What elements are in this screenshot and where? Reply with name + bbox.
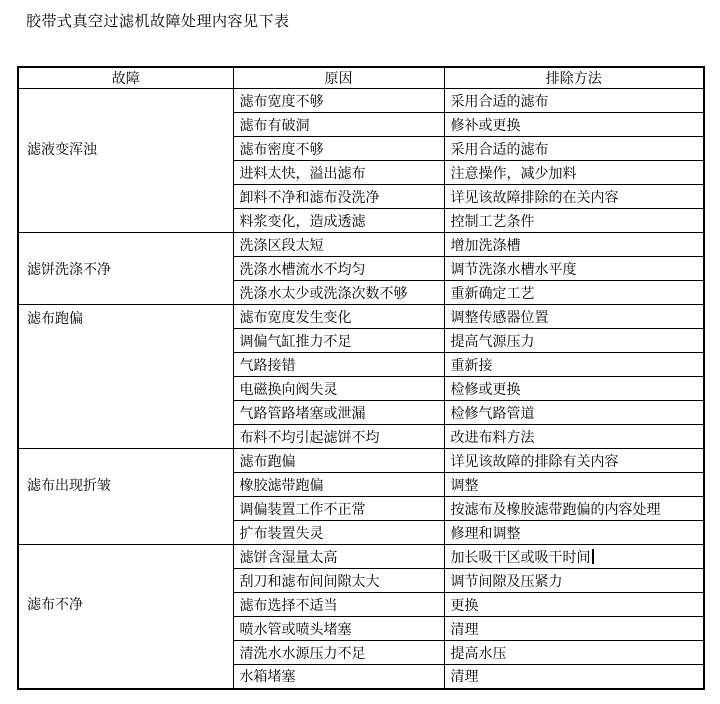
cause-cell[interactable]: 卸料不净和滤布没洗净 <box>233 185 444 209</box>
document-title[interactable]: 胶带式真空过滤机故障处理内容见下表 <box>26 10 290 31</box>
remedy-cell[interactable]: 调整传感器位置 <box>444 305 704 329</box>
remedy-cell[interactable]: 采用合适的滤布 <box>444 137 704 161</box>
remedy-cell[interactable]: 提高气源压力 <box>444 329 704 353</box>
remedy-cell[interactable]: 修补或更换 <box>444 113 704 137</box>
cause-cell[interactable]: 滤布宽度不够 <box>233 89 444 113</box>
remedy-cell[interactable]: 详见该故障的排除有关内容 <box>444 449 704 473</box>
fault-label: 滤饼洗涤不净 <box>27 261 111 277</box>
table-row: 滤布跑偏滤布宽度发生变化调整传感器位置 <box>18 305 704 329</box>
cause-cell[interactable]: 滤布选择不适当 <box>233 593 444 617</box>
remedy-text: 提高气源压力 <box>451 333 535 349</box>
header-cell-remedy: 排除方法 <box>444 67 704 89</box>
remedy-text: 重新接 <box>451 357 493 373</box>
remedy-text: 调整 <box>451 477 479 493</box>
header-cell-cause: 原因 <box>233 67 444 89</box>
remedy-cell[interactable]: 增加洗涤槽 <box>444 233 704 257</box>
remedy-cell[interactable]: 重新接 <box>444 353 704 377</box>
remedy-cell[interactable]: 清理 <box>444 665 704 689</box>
remedy-text: 调节间隙及压紧力 <box>451 573 563 589</box>
remedy-cell[interactable]: 检修气路管道 <box>444 401 704 425</box>
remedy-text: 检修或更换 <box>451 381 521 397</box>
cause-cell[interactable]: 进料太快，溢出滤布 <box>233 161 444 185</box>
cause-cell[interactable]: 调偏装置工作不正常 <box>233 497 444 521</box>
cause-cell[interactable]: 滤布跑偏 <box>233 449 444 473</box>
header-row: 故障 原因 排除方法 <box>18 67 704 89</box>
remedy-text: 详见该故障的排除有关内容 <box>451 453 619 469</box>
cause-cell[interactable]: 滤布密度不够 <box>233 137 444 161</box>
header-cell-fault: 故障 <box>18 67 233 89</box>
text-cursor <box>592 549 594 564</box>
remedy-text: 增加洗涤槽 <box>451 237 521 253</box>
fault-cell[interactable]: 滤液变浑浊 <box>18 89 233 233</box>
remedy-cell[interactable]: 检修或更换 <box>444 377 704 401</box>
remedy-text: 注意操作，减少加料 <box>451 165 577 181</box>
cause-cell[interactable]: 洗涤水槽流水不均匀 <box>233 257 444 281</box>
remedy-text: 清理 <box>451 668 479 684</box>
remedy-cell[interactable]: 提高水压 <box>444 641 704 665</box>
cause-cell[interactable]: 电磁换向阀失灵 <box>233 377 444 401</box>
fault-label: 滤布不净 <box>27 594 83 614</box>
remedy-text: 修补或更换 <box>451 117 521 133</box>
cause-cell[interactable]: 气路管路堵塞或泄漏 <box>233 401 444 425</box>
remedy-text: 改进布料方法 <box>451 429 535 445</box>
remedy-text: 控制工艺条件 <box>451 213 535 229</box>
remedy-text: 采用合适的滤布 <box>451 141 549 157</box>
remedy-cell[interactable]: 修理和调整 <box>444 521 704 545</box>
fault-label: 滤布跑偏 <box>27 308 83 328</box>
remedy-text: 检修气路管道 <box>451 405 535 421</box>
fault-label: 滤液变浑浊 <box>27 139 97 159</box>
fault-cell[interactable]: 滤布跑偏 <box>18 305 233 449</box>
fault-cell[interactable]: 滤布不净 <box>18 545 233 689</box>
cause-cell[interactable]: 喷水管或喷头堵塞 <box>233 617 444 641</box>
cause-cell[interactable]: 橡胶滤带跑偏 <box>233 473 444 497</box>
remedy-text: 按滤布及橡胶滤带跑偏的内容处理 <box>451 501 661 517</box>
fault-label: 滤布出现折皱 <box>27 475 111 495</box>
remedy-cell[interactable]: 重新确定工艺 <box>444 281 704 305</box>
remedy-text: 修理和调整 <box>451 525 521 541</box>
fault-table: 故障 原因 排除方法 滤液变浑浊滤布宽度不够采用合适的滤布滤布有破洞修补或更换滤… <box>17 66 705 690</box>
fault-cell[interactable]: 滤饼洗涤不净 <box>18 233 233 305</box>
cause-cell[interactable]: 布料不均引起滤饼不均 <box>233 425 444 449</box>
cause-cell[interactable]: 料浆变化，造成透滤 <box>233 209 444 233</box>
remedy-cell[interactable]: 详见该故障排除的在关内容 <box>444 185 704 209</box>
cause-cell[interactable]: 洗涤水太少或洗涤次数不够 <box>233 281 444 305</box>
remedy-cell[interactable]: 改进布料方法 <box>444 425 704 449</box>
remedy-cell[interactable]: 调整 <box>444 473 704 497</box>
cause-cell[interactable]: 调偏气缸推力不足 <box>233 329 444 353</box>
remedy-cell[interactable]: 采用合适的滤布 <box>444 89 704 113</box>
cause-cell[interactable]: 气路接错 <box>233 353 444 377</box>
remedy-cell[interactable]: 加长吸干区或吸干时间 <box>444 545 704 569</box>
fault-cell[interactable]: 滤布出现折皱 <box>18 449 233 545</box>
cause-cell[interactable]: 洗涤区段太短 <box>233 233 444 257</box>
cause-cell[interactable]: 扩布装置失灵 <box>233 521 444 545</box>
remedy-text: 采用合适的滤布 <box>451 93 549 109</box>
cause-cell[interactable]: 清洗水水源压力不足 <box>233 641 444 665</box>
remedy-cell[interactable]: 按滤布及橡胶滤带跑偏的内容处理 <box>444 497 704 521</box>
table-row: 滤布不净滤饼含湿量太高加长吸干区或吸干时间 <box>18 545 704 569</box>
remedy-text: 调整传感器位置 <box>451 309 549 325</box>
remedy-text: 加长吸干区或吸干时间 <box>451 549 591 565</box>
table-row: 滤饼洗涤不净洗涤区段太短增加洗涤槽 <box>18 233 704 257</box>
cause-cell[interactable]: 滤布有破洞 <box>233 113 444 137</box>
remedy-text: 清理 <box>451 621 479 637</box>
cause-cell[interactable]: 滤布宽度发生变化 <box>233 305 444 329</box>
table-row: 滤液变浑浊滤布宽度不够采用合适的滤布 <box>18 89 704 113</box>
cause-cell[interactable]: 水箱堵塞 <box>233 665 444 689</box>
remedy-cell[interactable]: 控制工艺条件 <box>444 209 704 233</box>
remedy-text: 重新确定工艺 <box>451 285 535 301</box>
remedy-cell[interactable]: 更换 <box>444 593 704 617</box>
remedy-cell[interactable]: 调节洗涤水槽水平度 <box>444 257 704 281</box>
remedy-text: 调节洗涤水槽水平度 <box>451 261 577 277</box>
remedy-cell[interactable]: 调节间隙及压紧力 <box>444 569 704 593</box>
remedy-text: 详见该故障排除的在关内容 <box>451 189 619 205</box>
cause-cell[interactable]: 滤饼含湿量太高 <box>233 545 444 569</box>
remedy-text: 提高水压 <box>451 645 507 661</box>
remedy-cell[interactable]: 清理 <box>444 617 704 641</box>
table-row: 滤布出现折皱滤布跑偏详见该故障的排除有关内容 <box>18 449 704 473</box>
remedy-text: 更换 <box>451 597 479 613</box>
remedy-cell[interactable]: 注意操作，减少加料 <box>444 161 704 185</box>
cause-cell[interactable]: 刮刀和滤布间间隙太大 <box>233 569 444 593</box>
